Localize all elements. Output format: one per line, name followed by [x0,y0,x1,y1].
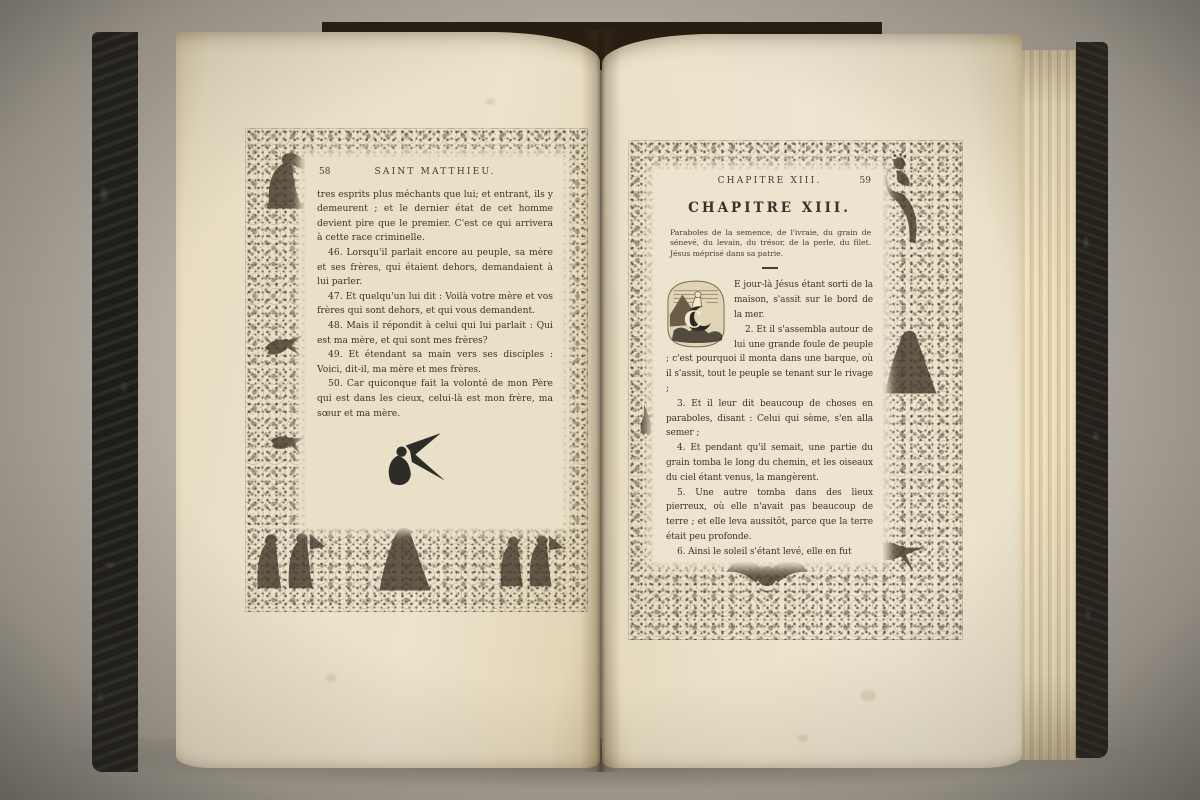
running-head-label: SAINT MATTHIEU. [375,167,496,177]
madonna-and-child-figure [372,524,438,600]
running-head-label: CHAPITRE XIII. [718,176,822,186]
swallow-bird-figure [266,426,311,460]
foxing-spot [486,98,495,105]
swallow-bird-figure [262,332,306,360]
chapter-heading: CHAPITRE XIII. [666,201,873,216]
verse-paragraph: 46. Lorsqu'il parlait encore au peuple, … [317,246,553,290]
seated-angel-figure [878,312,944,418]
page-number: 59 [860,174,871,189]
chapter-argument: Paraboles de la semence, de l'ivraie, du… [670,228,871,260]
foxing-spot [798,734,808,742]
historiated-initial-vignette: C [666,280,726,348]
foxing-spot [860,690,876,701]
kneeling-angels-figure [250,528,328,594]
page-edges-right-stack [1018,50,1080,760]
angel-pair-figure [494,530,566,592]
left-page: 58 SAINT MATTHIEU. tres esprits plus méc… [176,32,600,768]
right-page: CHAPITRE XIII. 59 CHAPITRE XIII. Parabol… [602,34,1022,768]
verse-paragraph: 6. Ainsi le soleil s'étant levé, elle en… [666,545,873,560]
verse-paragraph: tres esprits plus méchants que lui; et e… [317,188,553,246]
page-edges-left-stack [130,28,180,770]
verse-paragraph: 49. Et étendant sa main vers ses discipl… [317,348,553,377]
ornate-engraved-border: 58 SAINT MATTHIEU. tres esprits plus méc… [245,128,588,612]
running-head: 58 SAINT MATTHIEU. [317,165,553,180]
open-book: 58 SAINT MATTHIEU. tres esprits plus méc… [92,22,1108,772]
photograph-of-open-book: 58 SAINT MATTHIEU. tres esprits plus méc… [0,0,1200,800]
right-page-text-panel: CHAPITRE XIII. 59 CHAPITRE XIII. Parabol… [654,170,883,562]
winged-cherub-figure [724,556,810,604]
verse-paragraph: 5. Une autre tomba dans des lieux pierre… [666,486,873,545]
verse-paragraph: 4. Et pendant qu'il semait, une partie d… [666,441,873,485]
verse-paragraph: 47. Et quelqu'un lui dit : Voilà votre m… [317,290,553,319]
page-number: 58 [319,165,330,180]
winged-angel-tailpiece-figure [379,431,451,493]
verse-paragraph: 48. Mais il répondit à celui qui lui par… [317,319,553,348]
verse-paragraph: 3. Et il leur dit beaucoup de choses en … [666,397,873,441]
ornate-engraved-border: CHAPITRE XIII. 59 CHAPITRE XIII. Parabol… [628,140,963,640]
running-head: CHAPITRE XIII. 59 [666,174,873,189]
back-cover-marbled-board [1076,42,1108,758]
section-divider-dash [762,267,778,269]
verse-paragraph: 50. Car quiconque fait la volonté de mon… [317,377,553,421]
peacock-bird-figure [876,152,934,256]
foxing-spot [326,674,336,682]
left-page-text-panel: 58 SAINT MATTHIEU. tres esprits plus méc… [305,157,563,526]
